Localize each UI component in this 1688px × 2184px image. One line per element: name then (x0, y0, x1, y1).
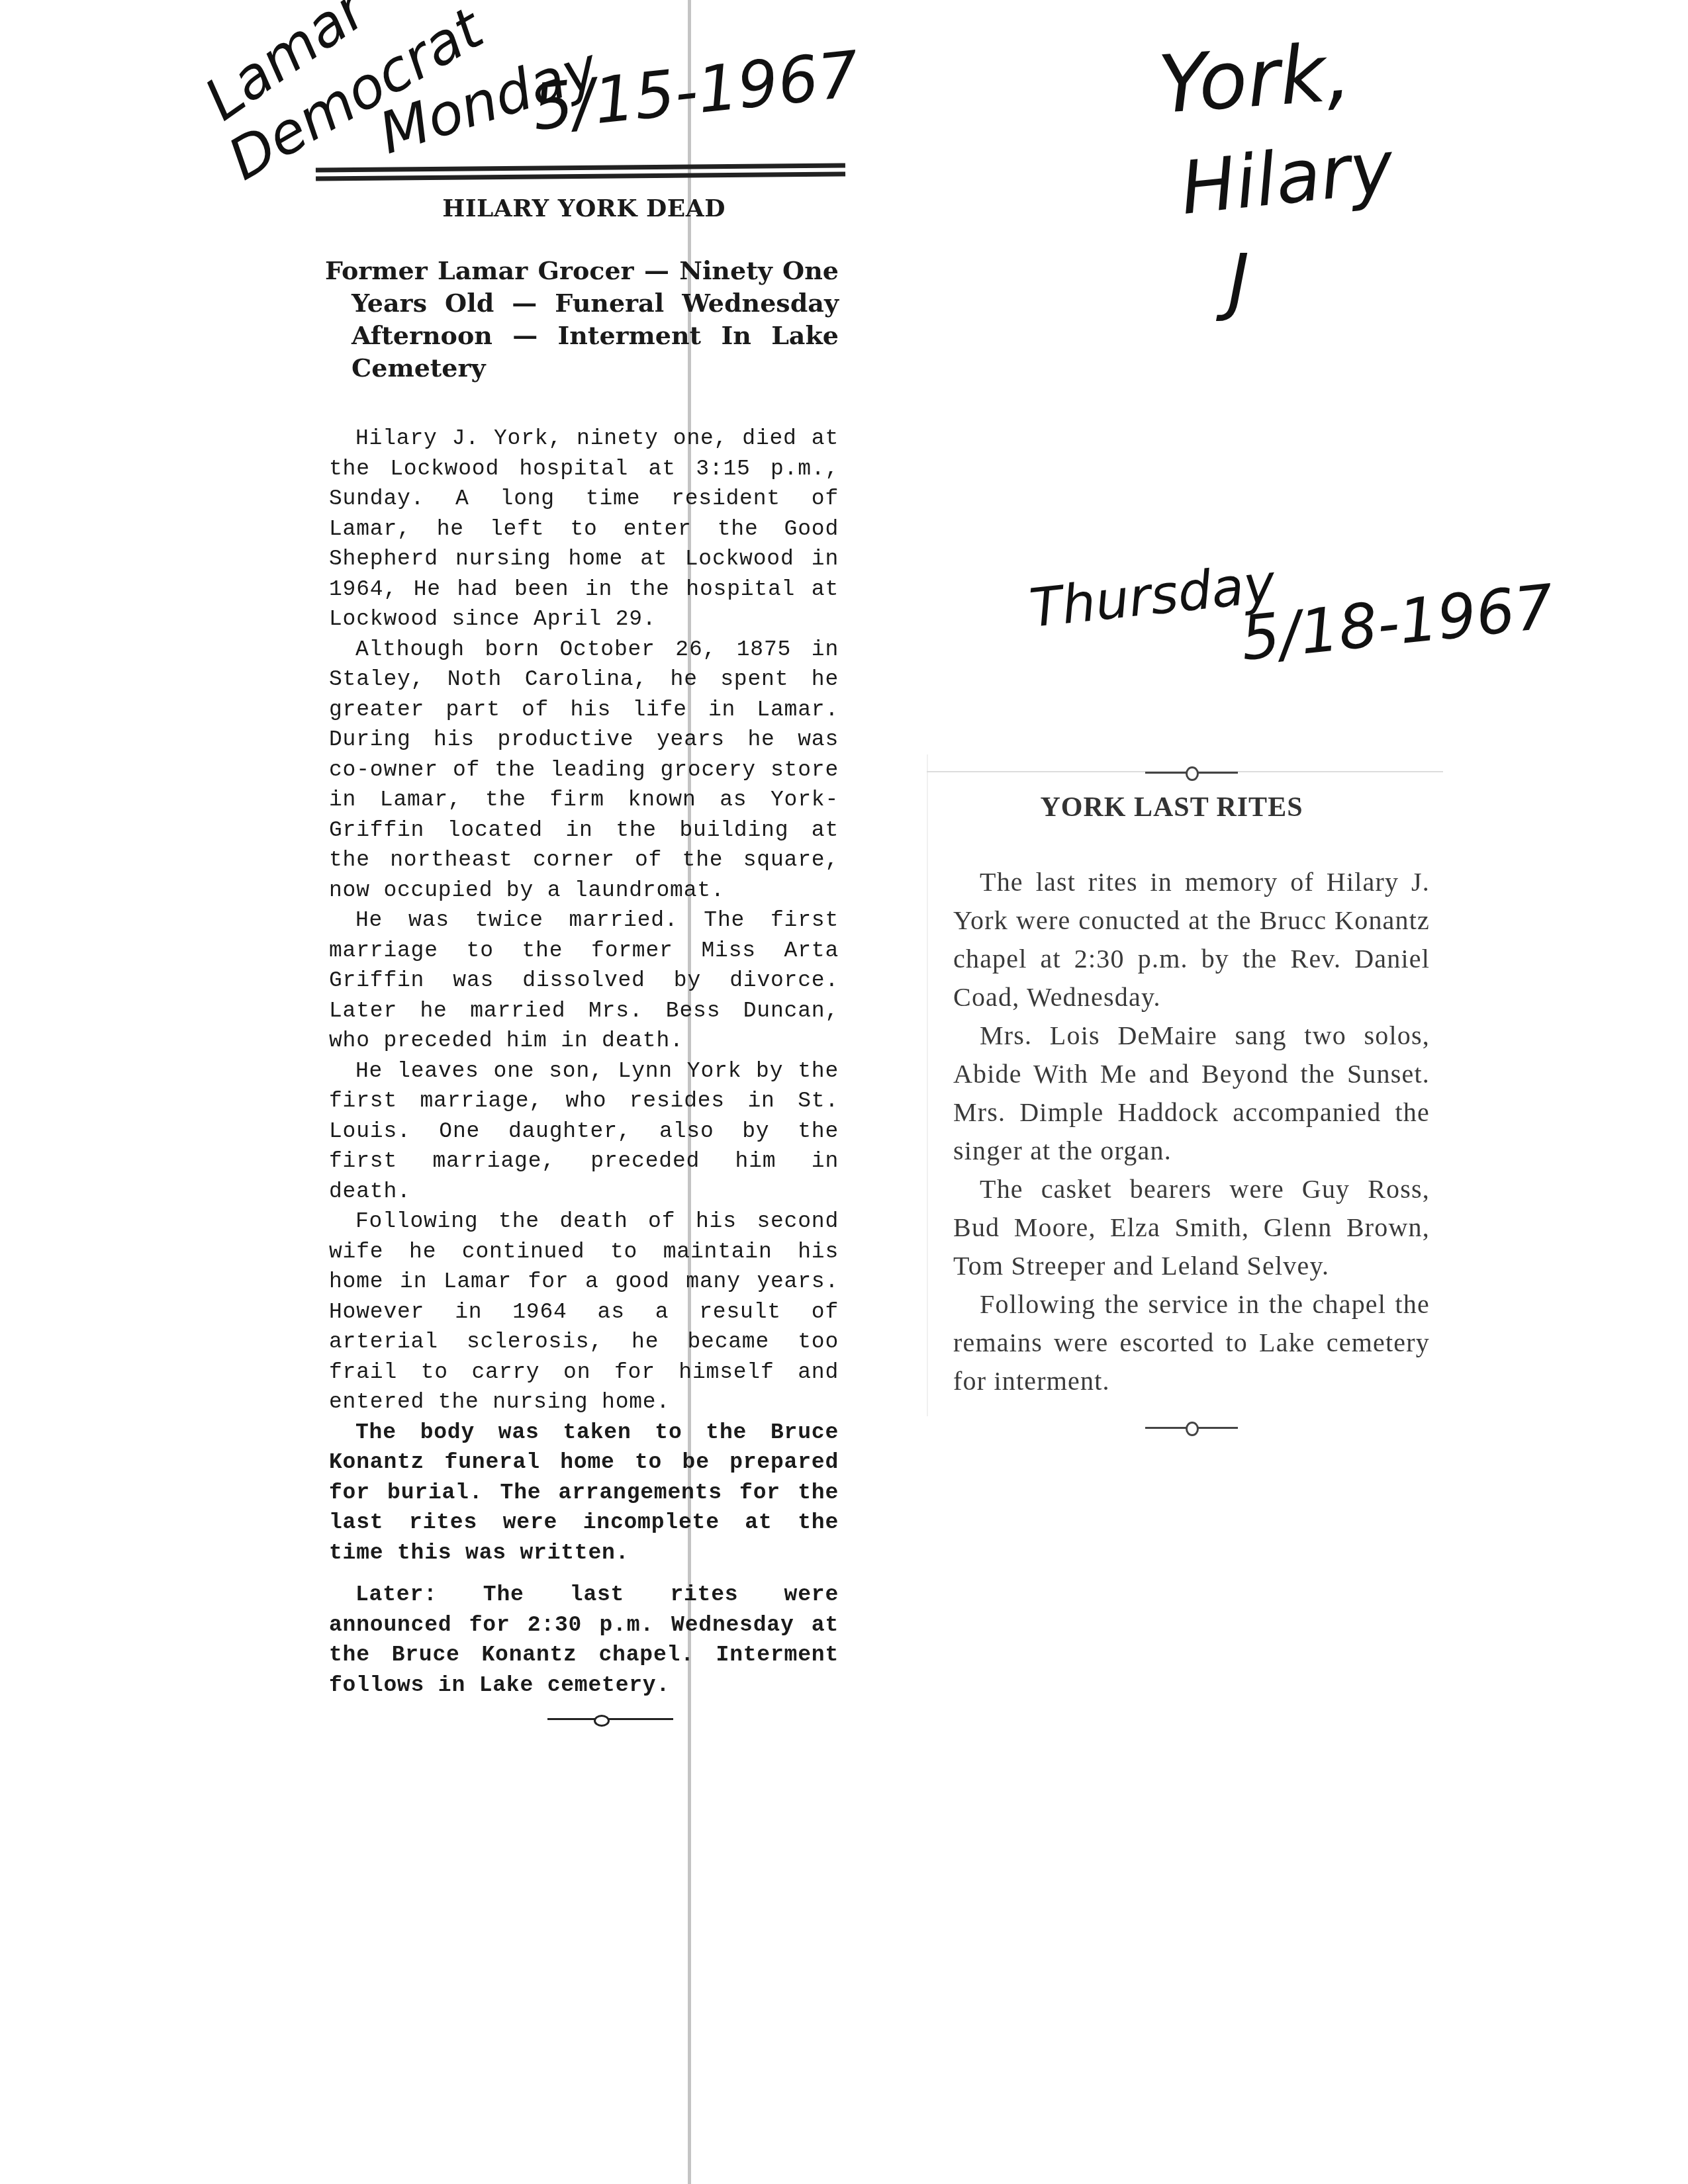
double-rule-divider (316, 163, 845, 181)
last-rites-paragraph: The last rites in memory of Hilary J. Yo… (953, 863, 1430, 1017)
obituary-paragraph: Hilary J. York, ninety one, died at the … (329, 424, 839, 635)
last-rites-paragraph: The casket bearers were Guy Ross, Bud Mo… (953, 1170, 1430, 1285)
obituary-headline: HILARY YORK DEAD (329, 195, 839, 222)
obituary-clipping: HILARY YORK DEAD Former Lamar Grocer — N… (329, 165, 839, 1723)
last-rites-headline: YORK LAST RITES (914, 792, 1430, 823)
obituary-paragraph: He was twice married. The first marriage… (329, 905, 839, 1056)
handwritten-initial: J (1228, 245, 1249, 318)
obituary-paragraph: Although born October 26, 1875 in Staley… (329, 635, 839, 906)
handwritten-surname: York, (1156, 33, 1354, 126)
obituary-subheadline: Former Lamar Grocer — Ninety One Years O… (325, 254, 839, 384)
top-ornament-icon (1145, 768, 1238, 777)
obituary-paragraph-later: Later: The last rites were announced for… (329, 1580, 839, 1700)
handwritten-date-2: 5/18-1967 (1238, 576, 1556, 670)
obituary-paragraph: He leaves one son, Lynn York by the firs… (329, 1056, 839, 1207)
last-rites-paragraph: Following the service in the chapel the … (953, 1285, 1430, 1400)
end-ornament-icon (547, 1715, 673, 1723)
last-rites-clipping: YORK LAST RITES The last rites in memory… (953, 768, 1430, 1432)
scan-faint-line (927, 754, 928, 1416)
handwritten-given-name: Hilary (1178, 130, 1397, 225)
last-rites-paragraph: Mrs. Lois DeMaire sang two solos, Abide … (953, 1017, 1430, 1170)
obituary-paragraph: The body was taken to the Bruce Konantz … (329, 1418, 839, 1569)
obituary-paragraph: Following the death of his second wife h… (329, 1206, 839, 1418)
end-ornament-icon (1145, 1423, 1238, 1432)
